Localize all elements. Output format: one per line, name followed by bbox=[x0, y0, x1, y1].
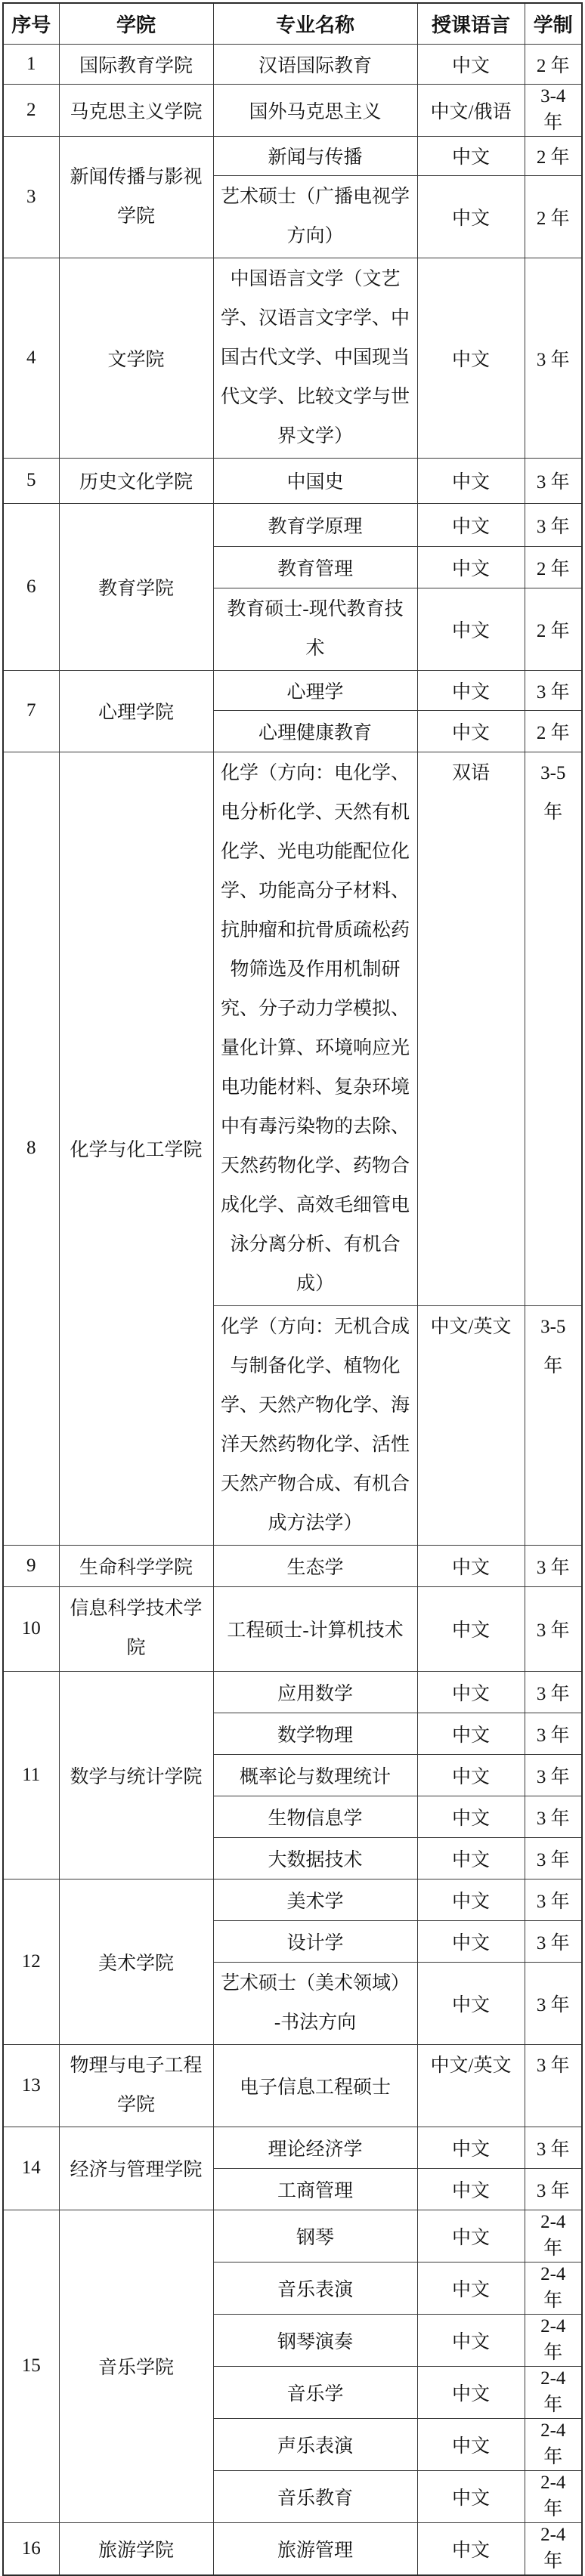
college-cell: 信息科学技术学院 bbox=[59, 1586, 213, 1671]
table-row: 9 生命科学学院 生态学 中文 3 年 bbox=[3, 1545, 582, 1586]
duration-cell: 2-4 年 bbox=[525, 2262, 582, 2314]
major-cell: 汉语国际教育 bbox=[213, 44, 417, 84]
no-cell: 10 bbox=[3, 1586, 59, 1671]
duration-cell: 2 年 bbox=[525, 175, 582, 258]
header-cell-major: 专业名称 bbox=[213, 3, 417, 44]
table-row: 1 国际教育学院 汉语国际教育 中文 2 年 bbox=[3, 44, 582, 84]
duration-cell: 2-4 年 bbox=[525, 2470, 582, 2522]
major-cell: 音乐教育 bbox=[213, 2470, 417, 2522]
no-cell: 9 bbox=[3, 1545, 59, 1586]
college-cell: 新闻传播与影视学院 bbox=[59, 136, 213, 258]
language-cell: 双语 bbox=[417, 752, 525, 1305]
college-cell: 经济与管理学院 bbox=[59, 2127, 213, 2210]
duration-cell: 3 年 bbox=[525, 1837, 582, 1879]
language-cell: 中文/俄语 bbox=[417, 84, 525, 136]
no-cell: 16 bbox=[3, 2522, 59, 2575]
duration-cell: 2 年 bbox=[525, 710, 582, 752]
language-cell: 中文 bbox=[417, 2262, 525, 2314]
language-cell: 中文 bbox=[417, 1713, 525, 1754]
no-cell: 8 bbox=[3, 752, 59, 1545]
major-cell: 教育硕士-现代教育技术 bbox=[213, 588, 417, 670]
language-cell: 中文 bbox=[417, 1754, 525, 1796]
major-cell: 钢琴 bbox=[213, 2210, 417, 2262]
duration-cell: 3 年 bbox=[525, 1879, 582, 1920]
no-cell: 11 bbox=[3, 1671, 59, 1879]
language-cell: 中文 bbox=[417, 588, 525, 670]
language-cell: 中文/英文 bbox=[417, 1305, 525, 1545]
language-cell: 中文 bbox=[417, 2210, 525, 2262]
duration-cell: 3 年 bbox=[525, 1713, 582, 1754]
duration-cell: 3 年 bbox=[525, 2168, 582, 2210]
language-cell: 中文 bbox=[417, 1920, 525, 1962]
major-cell: 数学物理 bbox=[213, 1713, 417, 1754]
table-row: 3 新闻传播与影视学院 新闻与传播 中文 2 年 bbox=[3, 136, 582, 175]
table-row: 5 历史文化学院 中国史 中文 3 年 bbox=[3, 458, 582, 503]
duration-cell: 3 年 bbox=[525, 1962, 582, 2044]
language-cell: 中文 bbox=[417, 1796, 525, 1837]
table-row: 6 教育学院 教育学原理 中文 3 年 bbox=[3, 503, 582, 546]
major-cell: 化学（方向：电化学、电分析化学、天然有机化学、光电功能配位化学、功能高分子材料、… bbox=[213, 752, 417, 1305]
duration-cell: 3 年 bbox=[525, 670, 582, 710]
duration-cell: 2-4 年 bbox=[525, 2522, 582, 2575]
college-cell: 国际教育学院 bbox=[59, 44, 213, 84]
header-cell-duration: 学制 bbox=[525, 3, 582, 44]
language-cell: 中文 bbox=[417, 1962, 525, 2044]
language-cell: 中文 bbox=[417, 1837, 525, 1879]
major-cell: 工程硕士-计算机技术 bbox=[213, 1586, 417, 1671]
major-cell: 化学（方向：无机合成与制备化学、植物化学、天然产物化学、海洋天然药物化学、活性天… bbox=[213, 1305, 417, 1545]
language-cell: 中文 bbox=[417, 175, 525, 258]
major-cell: 心理健康教育 bbox=[213, 710, 417, 752]
major-cell: 钢琴演奏 bbox=[213, 2314, 417, 2366]
major-cell: 概率论与数理统计 bbox=[213, 1754, 417, 1796]
duration-cell: 2-4 年 bbox=[525, 2210, 582, 2262]
header-cell-college: 学院 bbox=[59, 3, 213, 44]
duration-cell: 3 年 bbox=[525, 1586, 582, 1671]
duration-cell: 3 年 bbox=[525, 2127, 582, 2168]
college-cell: 美术学院 bbox=[59, 1879, 213, 2044]
college-cell: 音乐学院 bbox=[59, 2210, 213, 2522]
language-cell: 中文 bbox=[417, 2522, 525, 2575]
no-cell: 15 bbox=[3, 2210, 59, 2522]
major-cell: 音乐表演 bbox=[213, 2262, 417, 2314]
duration-cell: 3 年 bbox=[525, 258, 582, 458]
table-row: 14 经济与管理学院 理论经济学 中文 3 年 bbox=[3, 2127, 582, 2168]
table-row: 10 信息科学技术学院 工程硕士-计算机技术 中文 3 年 bbox=[3, 1586, 582, 1671]
language-cell: 中文 bbox=[417, 1586, 525, 1671]
table-row: 15 音乐学院 钢琴 中文 2-4 年 bbox=[3, 2210, 582, 2262]
major-cell: 理论经济学 bbox=[213, 2127, 417, 2168]
language-cell: 中文 bbox=[417, 136, 525, 175]
college-cell: 历史文化学院 bbox=[59, 458, 213, 503]
table-row: 11 数学与统计学院 应用数学 中文 3 年 bbox=[3, 1671, 582, 1713]
no-cell: 14 bbox=[3, 2127, 59, 2210]
major-cell: 心理学 bbox=[213, 670, 417, 710]
major-cell: 中国语言文学（文艺学、汉语言文字学、中国古代文学、中国现当代文学、比较文学与世界… bbox=[213, 258, 417, 458]
college-cell: 数学与统计学院 bbox=[59, 1671, 213, 1879]
table-row: 13 物理与电子工程学院 电子信息工程硕士 中文/英文 3 年 bbox=[3, 2044, 582, 2127]
language-cell: 中文 bbox=[417, 1879, 525, 1920]
duration-cell: 2 年 bbox=[525, 44, 582, 84]
duration-cell: 3 年 bbox=[525, 1920, 582, 1962]
college-cell: 教育学院 bbox=[59, 503, 213, 670]
table-row: 7 心理学院 心理学 中文 3 年 bbox=[3, 670, 582, 710]
major-cell: 国外马克思主义 bbox=[213, 84, 417, 136]
table-row: 12 美术学院 美术学 中文 3 年 bbox=[3, 1879, 582, 1920]
language-cell: 中文 bbox=[417, 2366, 525, 2418]
no-cell: 12 bbox=[3, 1879, 59, 2044]
duration-cell: 3 年 bbox=[525, 458, 582, 503]
major-cell: 艺术硕士（美术领域）-书法方向 bbox=[213, 1962, 417, 2044]
college-cell: 文学院 bbox=[59, 258, 213, 458]
duration-cell: 3 年 bbox=[525, 503, 582, 546]
major-cell: 教育管理 bbox=[213, 546, 417, 588]
college-cell: 心理学院 bbox=[59, 670, 213, 752]
college-cell: 马克思主义学院 bbox=[59, 84, 213, 136]
duration-cell: 3 年 bbox=[525, 2044, 582, 2127]
language-cell: 中文 bbox=[417, 710, 525, 752]
major-cell: 生物信息学 bbox=[213, 1796, 417, 1837]
table-row: 4 文学院 中国语言文学（文艺学、汉语言文字学、中国古代文学、中国现当代文学、比… bbox=[3, 258, 582, 458]
no-cell: 7 bbox=[3, 670, 59, 752]
language-cell: 中文/英文 bbox=[417, 2044, 525, 2127]
major-cell: 工商管理 bbox=[213, 2168, 417, 2210]
duration-cell: 2 年 bbox=[525, 546, 582, 588]
major-cell: 应用数学 bbox=[213, 1671, 417, 1713]
duration-cell: 3 年 bbox=[525, 1754, 582, 1796]
language-cell: 中文 bbox=[417, 2418, 525, 2470]
duration-cell: 3-5 年 bbox=[525, 752, 582, 1305]
major-cell: 旅游管理 bbox=[213, 2522, 417, 2575]
college-cell: 旅游学院 bbox=[59, 2522, 213, 2575]
table-header-row: 序号 学院 专业名称 授课语言 学制 bbox=[3, 3, 582, 44]
table-row: 2 马克思主义学院 国外马克思主义 中文/俄语 3-4 年 bbox=[3, 84, 582, 136]
language-cell: 中文 bbox=[417, 1671, 525, 1713]
language-cell: 中文 bbox=[417, 44, 525, 84]
duration-cell: 3 年 bbox=[525, 1545, 582, 1586]
duration-cell: 3 年 bbox=[525, 1796, 582, 1837]
language-cell: 中文 bbox=[417, 546, 525, 588]
no-cell: 2 bbox=[3, 84, 59, 136]
duration-cell: 2-4 年 bbox=[525, 2314, 582, 2366]
college-cell: 化学与化工学院 bbox=[59, 752, 213, 1545]
duration-cell: 3-5 年 bbox=[525, 1305, 582, 1545]
duration-cell: 3-4 年 bbox=[525, 84, 582, 136]
header-cell-no: 序号 bbox=[3, 3, 59, 44]
major-cell: 新闻与传播 bbox=[213, 136, 417, 175]
major-cell: 大数据技术 bbox=[213, 1837, 417, 1879]
major-cell: 设计学 bbox=[213, 1920, 417, 1962]
language-cell: 中文 bbox=[417, 2127, 525, 2168]
duration-cell: 3 年 bbox=[525, 1671, 582, 1713]
major-cell: 美术学 bbox=[213, 1879, 417, 1920]
no-cell: 3 bbox=[3, 136, 59, 258]
table-row: 16 旅游学院 旅游管理 中文 2-4 年 bbox=[3, 2522, 582, 2575]
header-cell-language: 授课语言 bbox=[417, 3, 525, 44]
major-cell: 艺术硕士（广播电视学方向） bbox=[213, 175, 417, 258]
no-cell: 4 bbox=[3, 258, 59, 458]
language-cell: 中文 bbox=[417, 1545, 525, 1586]
no-cell: 13 bbox=[3, 2044, 59, 2127]
language-cell: 中文 bbox=[417, 458, 525, 503]
no-cell: 5 bbox=[3, 458, 59, 503]
language-cell: 中文 bbox=[417, 670, 525, 710]
major-cell: 音乐学 bbox=[213, 2366, 417, 2418]
duration-cell: 2-4 年 bbox=[525, 2418, 582, 2470]
duration-cell: 2 年 bbox=[525, 136, 582, 175]
language-cell: 中文 bbox=[417, 258, 525, 458]
college-cell: 物理与电子工程学院 bbox=[59, 2044, 213, 2127]
major-cell: 声乐表演 bbox=[213, 2418, 417, 2470]
language-cell: 中文 bbox=[417, 2168, 525, 2210]
major-cell: 中国史 bbox=[213, 458, 417, 503]
language-cell: 中文 bbox=[417, 2314, 525, 2366]
table-row: 8 化学与化工学院 化学（方向：电化学、电分析化学、天然有机化学、光电功能配位化… bbox=[3, 752, 582, 1305]
major-cell: 电子信息工程硕士 bbox=[213, 2044, 417, 2127]
major-cell: 生态学 bbox=[213, 1545, 417, 1586]
college-cell: 生命科学学院 bbox=[59, 1545, 213, 1586]
no-cell: 1 bbox=[3, 44, 59, 84]
duration-cell: 2-4 年 bbox=[525, 2366, 582, 2418]
admissions-table: 序号 学院 专业名称 授课语言 学制 1 国际教育学院 汉语国际教育 中文 2 … bbox=[2, 2, 583, 2576]
language-cell: 中文 bbox=[417, 503, 525, 546]
language-cell: 中文 bbox=[417, 2470, 525, 2522]
duration-cell: 2 年 bbox=[525, 588, 582, 670]
no-cell: 6 bbox=[3, 503, 59, 670]
major-cell: 教育学原理 bbox=[213, 503, 417, 546]
